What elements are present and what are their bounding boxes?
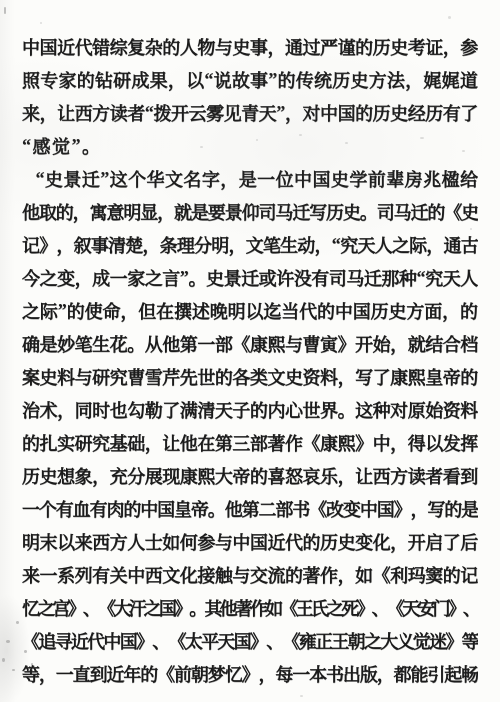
text-line: 中国近代错综复杂的人物与史事，通过严谨的历史考证，参: [22, 30, 478, 63]
text-line: 他取的，寓意明显，就是要景仰司马迁写历史。司马迁的《史: [22, 195, 478, 228]
text-line: “感觉”。: [22, 129, 478, 162]
text-line: 明末以来西方人士如何参与中国近代的历史变化，开启了后: [22, 525, 478, 558]
text-line: 来一系列有关中西文化接触与交流的著作，如《利玛窦的记: [22, 558, 478, 591]
text-line: 之际”的使命，但在撰述晚明以迄当代的中国历史方面，的: [22, 294, 478, 327]
scan-speckle: [40, 22, 42, 24]
paragraph-indent: [22, 178, 35, 179]
text-line: 照专家的钻研成果，以“说故事”的传统历史方法，娓娓道: [22, 63, 478, 96]
scan-speckle: [2, 658, 5, 662]
text-line: 来，让西方读者“拨开云雾见青天”，对中国的历史经历有了: [22, 96, 478, 129]
text-line: 等，一直到近年的《前朝梦忆》，每一本书出版，都能引起畅: [22, 657, 478, 690]
text-line: 的扎实研究基础，让他在第三部著作《康熙》中，得以发挥: [22, 426, 478, 459]
text-line: 忆之宫》、《大汗之国》。其他著作如《王氏之死》、《天安门》、: [22, 591, 478, 624]
text-line: 记》，叙事清楚，条理分明，文笔生动，“究天人之际，通古: [22, 228, 478, 261]
scanned-page: 中国近代错综复杂的人物与史事，通过严谨的历史考证，参照专家的钻研成果，以“说故事…: [0, 0, 500, 702]
scan-speckle: [12, 669, 15, 671]
scan-speckle: [300, 695, 303, 697]
scan-speckle: [16, 621, 19, 624]
scan-speckle: [4, 7, 6, 14]
text-line: 治术，同时也勾勒了满清天子的内心世界。这种对原始资料: [22, 393, 478, 426]
text-line: 案史料与研究曹雪芹先世的各类文史资料，写了康熙皇帝的: [22, 360, 478, 393]
scan-speckle: [448, 16, 451, 19]
text-line: 《追寻近代中国》、《太平天国》、《雍正王朝之大义觉迷》等: [22, 624, 478, 657]
scan-speckle: [6, 640, 10, 643]
text-line: 确是妙笔生花。从他第一部《康熙与曹寅》开始，就结合档: [22, 327, 478, 360]
text-line: “史景迁”这个华文名字，是一位中国史学前辈房兆楹给: [22, 162, 478, 195]
text-line: 历史想象，充分展现康熙大帝的喜怒哀乐，让西方读者看到: [22, 459, 478, 492]
text-line: 今之变，成一家之言”。史景迁或许没有司马迁那种“究天人: [22, 261, 478, 294]
text-line: 一个有血有肉的中国皇帝。他第二部书《改变中国》，写的是: [22, 492, 478, 525]
text-block: 中国近代错综复杂的人物与史事，通过严谨的历史考证，参照专家的钻研成果，以“说故事…: [22, 30, 478, 690]
